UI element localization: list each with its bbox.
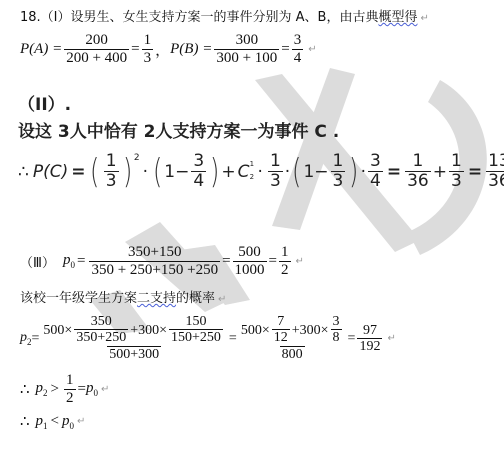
denominator: 3 — [331, 171, 346, 192]
dot: · — [285, 162, 290, 182]
numerator: 97 — [361, 323, 379, 338]
denominator: 300 + 100 — [214, 49, 279, 67]
plus: + — [433, 162, 447, 182]
equals: = — [222, 253, 230, 270]
less-than: < — [51, 413, 59, 430]
part3-label: （Ⅲ） — [20, 252, 55, 271]
subscript: 0 — [93, 388, 98, 398]
greater-than: > — [51, 381, 59, 398]
subscript: 0 — [70, 421, 75, 431]
numerator: 1 — [268, 152, 283, 171]
denominator: 350 + 250+150 +250 — [89, 261, 220, 279]
paragraph-mark: ↵ — [218, 294, 226, 305]
fraction: 5001000 — [233, 244, 267, 279]
fraction: 300300 + 100 — [214, 32, 279, 67]
fraction: 136 — [405, 152, 431, 191]
numerator: 3 — [292, 32, 304, 49]
equals: = — [77, 253, 85, 270]
paragraph-mark: ↵ — [77, 416, 85, 427]
therefore-symbol: ∴ — [20, 412, 30, 431]
minus: − — [175, 162, 189, 182]
spellcheck-underlined-text: 概型得 — [378, 10, 417, 25]
denominator: 4 — [368, 171, 383, 192]
subscript: 2 — [43, 388, 48, 398]
numerator: 7 — [275, 314, 286, 329]
paragraph-mark: ↵ — [296, 256, 304, 267]
term: +300× — [292, 323, 329, 338]
part2-label: （II）. — [18, 90, 71, 115]
therefore-symbol: ∴ — [18, 162, 29, 182]
plus: + — [221, 162, 235, 182]
denominator: 2 — [279, 261, 291, 279]
denominator: 150+250 — [169, 329, 223, 346]
separator: ， — [155, 39, 170, 60]
paragraph-mark: ↵ — [101, 384, 109, 395]
denominator: 3 — [104, 171, 119, 192]
denominator: 350+250 — [74, 329, 128, 346]
pc-lhs: P(C) — [33, 162, 68, 182]
p2-formula: p2 = 500× 350350+250 +300× 150150+250 50… — [20, 314, 396, 364]
fraction: 150150+250 — [169, 314, 223, 346]
part3-text-a: 该校一年级学生方案 — [20, 291, 137, 306]
left-paren: ( — [292, 155, 301, 189]
subscript: 1 — [43, 421, 48, 431]
denominator: 4 — [292, 49, 304, 67]
big-fraction: 500× 712 +300× 38 800 — [239, 314, 346, 364]
dot: · — [258, 162, 263, 182]
numerator: 500× 712 +300× 38 — [239, 314, 346, 346]
minus: − — [314, 162, 328, 182]
equals: = — [131, 41, 139, 58]
conclusion-1: ∴ p2 > 12 = p0 ↵ — [20, 372, 109, 407]
fraction: 712 — [272, 314, 290, 346]
left-paren: ( — [90, 155, 99, 189]
equals: = — [387, 162, 401, 182]
p0-subscript: 0 — [70, 260, 75, 270]
pa-lhs: P(A) = — [20, 41, 62, 58]
fraction: 34 — [368, 152, 383, 191]
fraction: 34 — [191, 152, 206, 191]
equals: = — [281, 41, 289, 58]
denominator: 2 — [64, 389, 76, 407]
therefore-symbol: ∴ — [20, 380, 30, 399]
fraction: 200200 + 400 — [64, 32, 129, 67]
equals: = — [468, 162, 482, 182]
numerator: 350 — [89, 314, 114, 329]
numerator: 500 — [236, 244, 263, 261]
paragraph-mark: ↵ — [387, 333, 395, 344]
fraction: 97192 — [357, 323, 382, 355]
denominator: 36 — [486, 171, 504, 192]
numerator: 3 — [368, 152, 383, 171]
numerator: 300 — [234, 32, 261, 49]
part2-label-text: （II）. — [18, 95, 71, 115]
denominator: 8 — [331, 329, 342, 346]
fraction: 13 — [104, 152, 119, 191]
term: +300× — [130, 323, 167, 338]
fraction: 13 — [268, 152, 283, 191]
equals: = — [229, 331, 237, 347]
dot: · — [361, 162, 366, 182]
p-symbol: p — [36, 413, 44, 429]
part3-text: 该校一年级学生方案二支持的概率↵ — [20, 287, 226, 306]
p-symbol: p — [36, 380, 44, 396]
denominator: 36 — [405, 171, 431, 192]
fraction: 350350+250 — [74, 314, 128, 346]
denominator: 3 — [449, 171, 464, 192]
fraction: 13 — [331, 152, 346, 191]
spellcheck-underlined-text: 二支持 — [137, 291, 176, 306]
numerator: 1 — [64, 372, 76, 389]
denominator: 800 — [280, 346, 305, 363]
p2-symbol: p — [20, 330, 27, 345]
numerator: 500× 350350+250 +300× 150150+250 — [41, 314, 227, 346]
numerator: 3 — [191, 152, 206, 171]
term: 500× — [241, 323, 270, 338]
numerator: 13 — [486, 152, 504, 171]
p0-symbol: p — [62, 413, 70, 429]
fraction: 12 — [64, 372, 76, 407]
denominator: 200 + 400 — [64, 49, 129, 67]
q18-intro-text: 18.（I）设男生、女生支持方案一的事件分别为 A、B，由古典 — [20, 10, 378, 25]
denominator: 3 — [142, 49, 154, 67]
numerator: 150 — [183, 314, 208, 329]
fraction: 13 — [449, 152, 464, 191]
numerator: 3 — [331, 314, 342, 329]
equals: = — [269, 253, 277, 270]
numerator: 200 — [83, 32, 110, 49]
part3-text-b: 的概率 — [176, 291, 215, 306]
denominator: 500+300 — [107, 346, 161, 363]
fraction: 1336 — [486, 152, 504, 191]
pb-lhs: P(B) = — [170, 41, 212, 58]
right-paren: ) — [210, 155, 219, 189]
right-paren: ) — [123, 155, 132, 189]
comb-sup: 1 — [250, 160, 254, 168]
numerator: 350+150 — [126, 244, 183, 261]
prob-a-b-formula: P(A) = 200200 + 400 = 13 ， P(B) = 300300… — [20, 32, 317, 67]
big-fraction: 500× 350350+250 +300× 150150+250 500+300 — [41, 314, 227, 364]
combination: C12 — [238, 162, 250, 182]
dot: · — [143, 162, 148, 182]
denominator: 3 — [268, 171, 283, 192]
one: 1 — [164, 162, 175, 182]
paragraph-mark: ↵ — [308, 44, 316, 55]
denominator: 1000 — [233, 261, 267, 279]
right-paren: ) — [349, 155, 358, 189]
fraction: 38 — [331, 314, 342, 346]
one: 1 — [303, 162, 314, 182]
numerator: 1 — [411, 152, 426, 171]
numerator: 1 — [449, 152, 464, 171]
denominator: 12 — [272, 329, 290, 346]
equals: = — [78, 381, 86, 398]
equals: = — [32, 331, 40, 347]
comb-c: C — [238, 162, 250, 182]
fraction: 34 — [292, 32, 304, 67]
fraction: 12 — [279, 244, 291, 279]
p0-formula: （Ⅲ） p0 = 350+150350 + 250+150 +250 = 500… — [20, 244, 304, 279]
part2-text: 设这 3人中恰有 2人支持方案一为事件 C . — [18, 117, 339, 142]
denominator: 192 — [357, 338, 382, 355]
numerator: 1 — [279, 244, 291, 261]
part2-text-content: 设这 3人中恰有 2人支持方案一为事件 C . — [18, 122, 339, 142]
comb-sub: 2 — [250, 173, 254, 181]
left-paren: ( — [153, 155, 162, 189]
term: 500× — [43, 323, 72, 338]
exponent: 2 — [134, 153, 140, 163]
fraction: 13 — [142, 32, 154, 67]
numerator: 1 — [104, 152, 119, 171]
denominator: 4 — [191, 171, 206, 192]
paragraph-mark: ↵ — [420, 13, 428, 24]
equals: = — [71, 162, 85, 182]
clipped-text-line — [28, 73, 468, 76]
pc-formula: ∴ P(C) = ( 13 ) 2 · ( 1 − 34 ) + C12 · 1… — [18, 152, 504, 191]
q18-intro: 18.（I）设男生、女生支持方案一的事件分别为 A、B，由古典概型得↵ — [20, 6, 429, 25]
equals: = — [348, 331, 356, 347]
numerator: 1 — [331, 152, 346, 171]
conclusion-2: ∴ p1 < p0 ↵ — [20, 412, 85, 431]
fraction: 350+150350 + 250+150 +250 — [89, 244, 220, 279]
numerator: 1 — [142, 32, 154, 49]
